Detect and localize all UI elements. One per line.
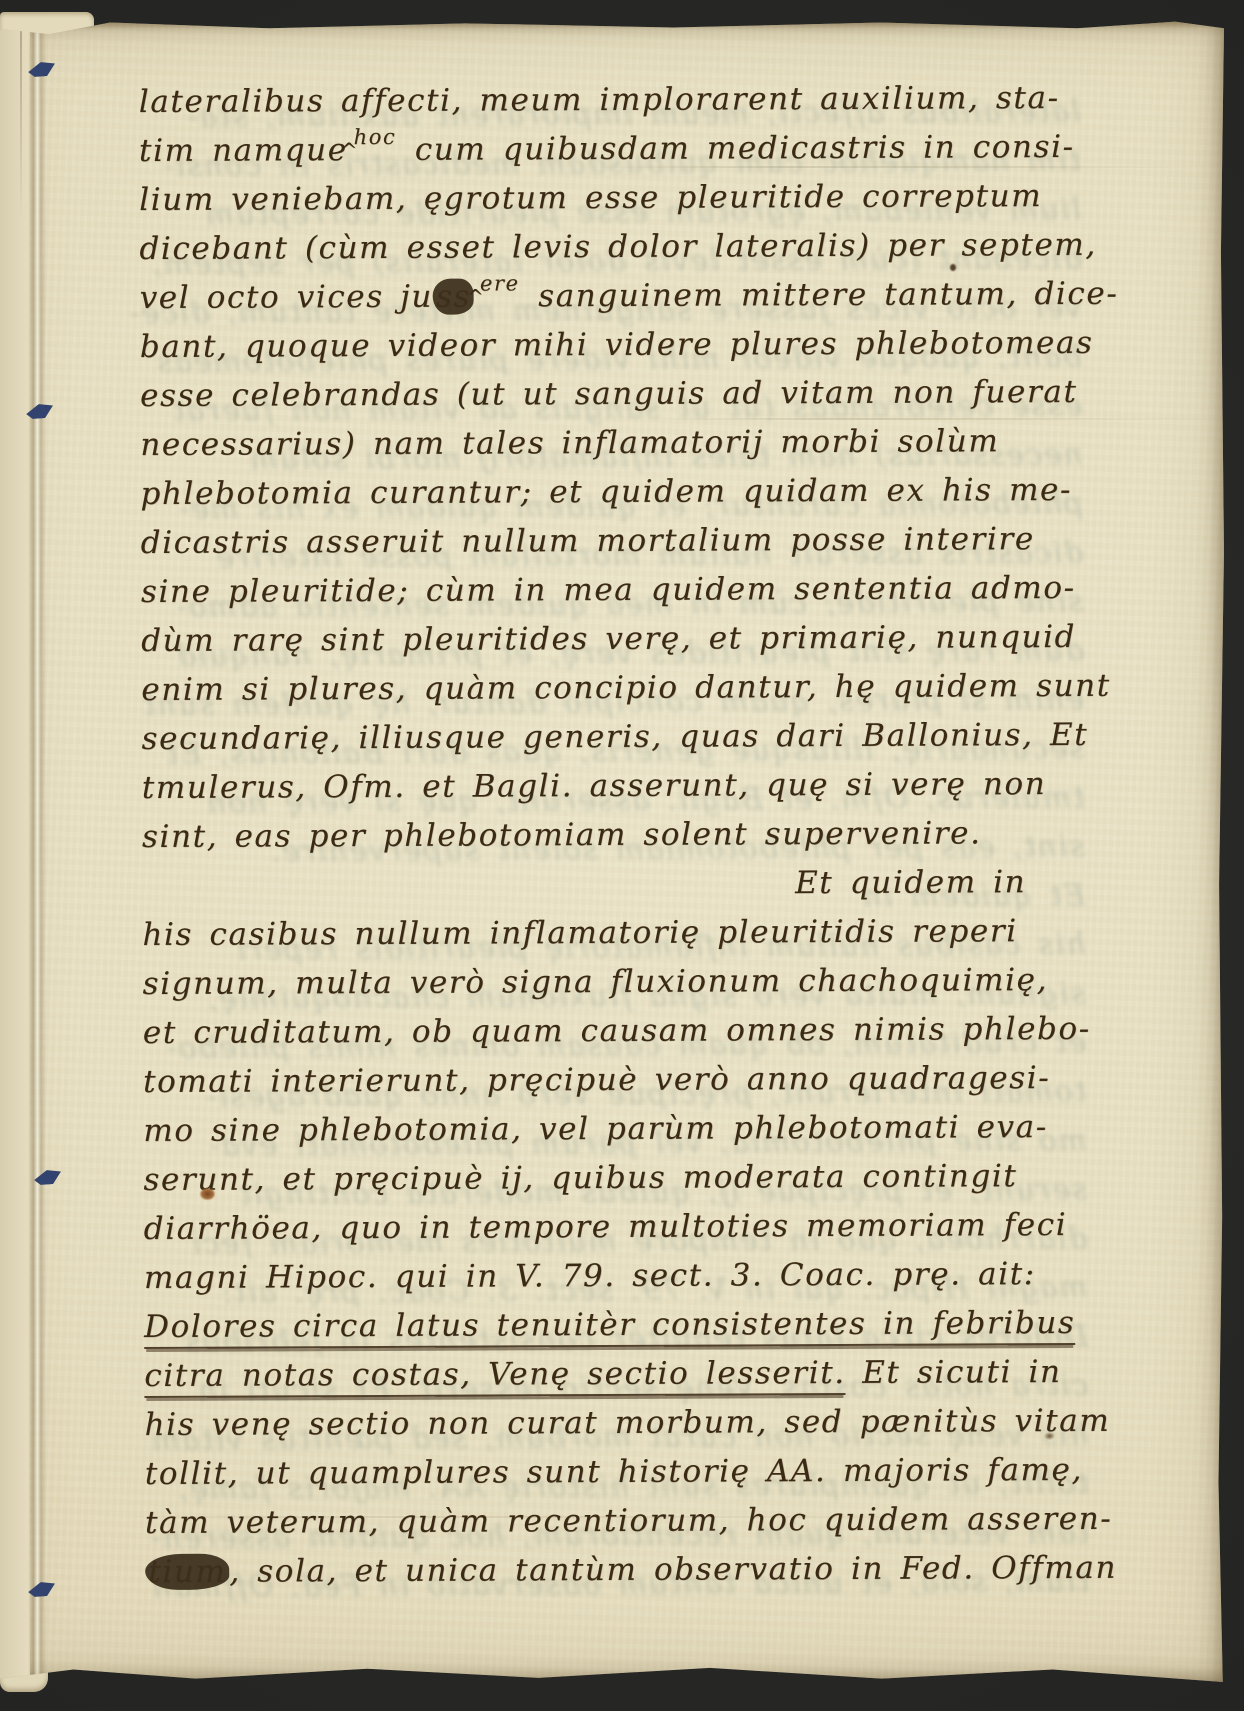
text-line: vel octo vices jussere sanguinem mittere… (140, 270, 1070, 323)
text-segment: secundarię, illiusque generis, quas dari… (141, 717, 1088, 757)
text-line: sint, eas per phlebotomiam solent superv… (142, 809, 1072, 862)
text-line: tim namquehoc cum quibusdam medicastris … (139, 123, 1069, 176)
text-line: lateralibus affecti, meum implorarent au… (139, 74, 1069, 127)
text-line: his casibus nullum inflamatorię pleuriti… (142, 907, 1072, 960)
manuscript-page: lateralibus affecti, meum implorarent au… (0, 20, 1224, 1682)
text-segment: necessarius) nam tales inflamatorij morb… (140, 423, 999, 463)
text-segment: lium veniebam, ęgrotum esse pleuritide c… (139, 178, 1042, 218)
text-segment: enim si plures, quàm concipio dantur, hę… (141, 668, 1111, 708)
text-segment: Et sicuti in (846, 1354, 1062, 1391)
text-line: mo sine phlebotomia, vel parùm phlebotom… (143, 1103, 1073, 1156)
text-line: enim si plures, quàm concipio dantur, hę… (141, 662, 1071, 715)
text-segment: diarrhöea, quo in tempore multoties memo… (144, 1207, 1068, 1247)
text-segment: magni Hipoc. qui in V. 79. sect. 3. Coac… (144, 1256, 1036, 1296)
text-line: serunt, et pręcipuè ij, quibus moderata … (143, 1152, 1073, 1205)
text-line: tàm veterum, quàm recentiorum, hoc quide… (145, 1495, 1075, 1548)
manuscript-text-block: lateralibus affecti, meum implorarent au… (139, 74, 1076, 1597)
text-segment: et cruditatum, ob quam causam omnes nimi… (143, 1011, 1091, 1051)
text-line: necessarius) nam tales inflamatorij morb… (140, 417, 1070, 470)
text-segment: tim namque (139, 132, 348, 169)
text-line: tollit, ut quamplures sunt historię AA. … (145, 1446, 1075, 1499)
text-line: secundarię, illiusque generis, quas dari… (141, 711, 1071, 764)
text-segment: tàm veterum, quàm recentiorum, hoc quide… (145, 1501, 1112, 1541)
text-segment: vel octo vices ju (140, 279, 433, 316)
text-line: dicebant (cùm esset levis dolor laterali… (139, 221, 1069, 274)
text-segment: sanguinem mittere tantum, dice- (522, 276, 1119, 315)
text-line: Dolores circa latus tenuitèr consistente… (144, 1299, 1074, 1352)
text-segment: his venę sectio non curat morbum, sed pæ… (144, 1403, 1110, 1443)
text-del: tium (145, 1554, 229, 1590)
text-segment: esse celebrandas (ut ut sanguis ad vitam… (140, 374, 1078, 414)
text-line: lium veniebam, ęgrotum esse pleuritide c… (139, 172, 1069, 225)
text-segment: cum quibusdam medicastris in consi- (398, 129, 1074, 168)
text-segment: bant, quoque videor mihi videre plures p… (140, 325, 1094, 365)
text-segment: , sola, et unica tantùm observatio in Fe… (229, 1550, 1117, 1590)
text-segment: Et quidem in (795, 864, 1026, 901)
text-line: magni Hipoc. qui in V. 79. sect. 3. Coac… (144, 1250, 1074, 1303)
text-segment: his casibus nullum inflamatorię pleuriti… (142, 913, 1017, 953)
text-segment: dicebant (cùm esset levis dolor laterali… (139, 227, 1097, 267)
binding-edge-cut-line (20, 22, 22, 222)
text-line: Et quidem in (142, 858, 1072, 911)
text-segment: dicastris asseruit nullum mortalium poss… (141, 521, 1035, 561)
text-segment: signum, multa verò signa fluxionum chach… (143, 962, 1049, 1002)
text-segment: tomati interierunt, pręcipuè verò anno q… (143, 1060, 1050, 1100)
text-line: bant, quoque videor mihi videre plures p… (140, 319, 1070, 372)
text-segment: lateralibus affecti, meum implorarent au… (139, 80, 1060, 120)
text-segment: tmulerus, Ofm. et Bagli. asserunt, quę s… (142, 766, 1047, 806)
text-segment: tollit, ut quamplures sunt historię AA. … (145, 1452, 1083, 1492)
text-line: esse celebrandas (ut ut sanguis ad vitam… (140, 368, 1070, 421)
text-segment: phlebotomia curantur; et quidem quidam e… (140, 472, 1072, 512)
text-line: diarrhöea, quo in tempore multoties memo… (144, 1201, 1074, 1254)
text-line: sine pleuritide; cùm in mea quidem sente… (141, 564, 1071, 617)
text-line: tium, sola, et unica tantùm observatio i… (145, 1544, 1075, 1597)
text-line: his venę sectio non curat morbum, sed pæ… (144, 1397, 1074, 1450)
text-segment: sine pleuritide; cùm in mea quidem sente… (141, 570, 1076, 610)
text-line: tomati interierunt, pręcipuè verò anno q… (143, 1054, 1073, 1107)
text-line: dùm rarę sint pleuritides verę, et prima… (141, 613, 1071, 666)
text-segment: serunt, et pręcipuè ij, quibus moderata … (143, 1158, 1017, 1198)
text-segment: sint, eas per phlebotomiam solent superv… (142, 815, 982, 855)
binding-fold (28, 20, 46, 1682)
text-line: signum, multa verò signa fluxionum chach… (143, 956, 1073, 1009)
text-line: phlebotomia curantur; et quidem quidam e… (140, 466, 1070, 519)
text-segment: dùm rarę sint pleuritides verę, et prima… (141, 619, 1076, 659)
text-line: citra notas costas, Venę sectio lesserit… (144, 1348, 1074, 1401)
text-segment: mo sine phlebotomia, vel parùm phlebotom… (143, 1109, 1048, 1149)
text-u: Dolores circa latus tenuitèr consistente… (144, 1305, 1075, 1349)
text-line: dicastris asseruit nullum mortalium poss… (141, 515, 1071, 568)
scan-backdrop: { "page": { "kind": "handwritten manuscr… (0, 0, 1244, 1711)
binding-edge-strip (0, 20, 30, 1682)
text-line: et cruditatum, ob quam causam omnes nimi… (143, 1005, 1073, 1058)
text-u: citra notas costas, Venę sectio lesserit… (144, 1355, 846, 1398)
text-line: tmulerus, Ofm. et Bagli. asserunt, quę s… (142, 760, 1072, 813)
